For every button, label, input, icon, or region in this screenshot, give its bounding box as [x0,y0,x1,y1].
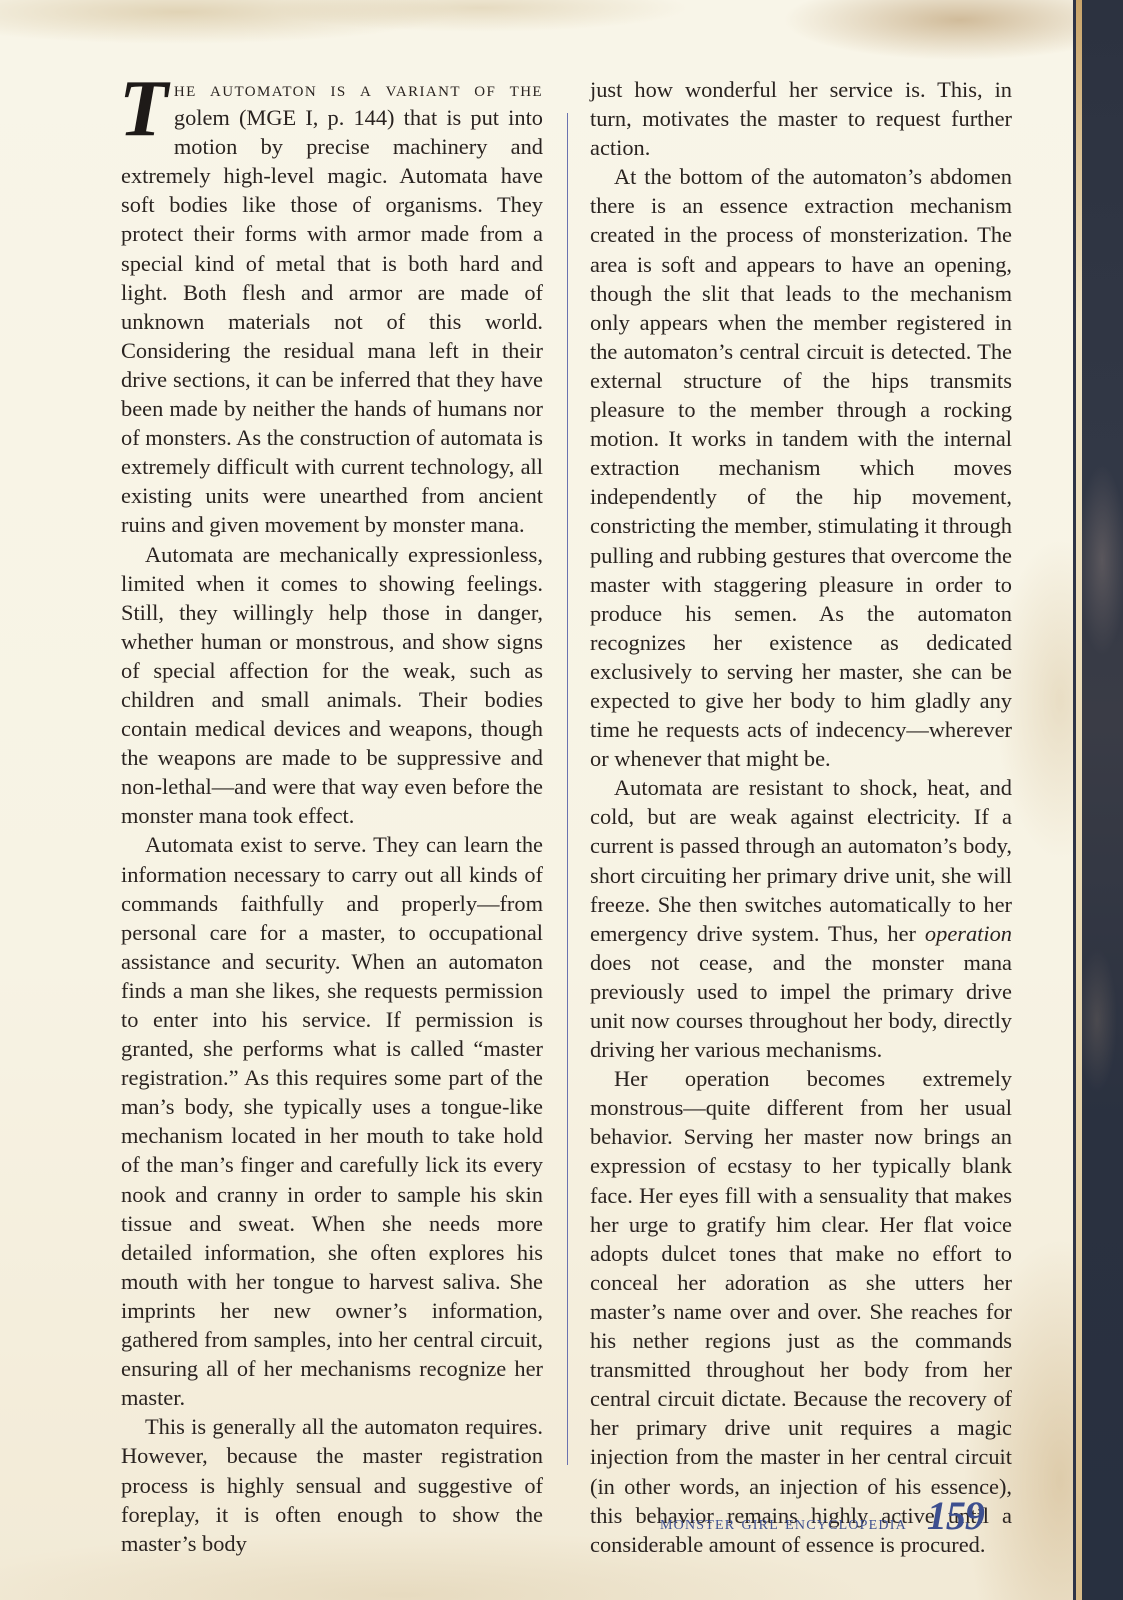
opening-smallcaps: he automaton is a variant of the [174,76,543,101]
paragraph-6-italic: operation [925,921,1012,946]
paragraph-6: Automata are resistant to shock, heat, a… [590,773,1012,1064]
right-column: just how wonderful her service is. This,… [590,75,1012,1559]
page-footer: Monster Girl Encyclopedia 159 [660,1492,984,1542]
paragraph-6-text-b: does not cease, and the monster mana pre… [590,950,1012,1062]
paragraph-3: Automata exist to serve. They can learn … [121,830,543,1412]
paragraph-continued: just how wonderful her service is. This,… [590,75,1012,162]
paragraph-2: Automata are mechanically expressionless… [121,540,543,831]
paragraph-7: Her operation becomes extremely monstrou… [590,1064,1012,1559]
drop-cap: T [119,78,168,140]
paragraph-4: This is generally all the automaton requ… [121,1412,543,1557]
left-column: The automaton is a variant of the golem … [121,74,543,1558]
paragraph-5: At the bottom of the automaton’s abdomen… [590,162,1012,773]
footer-book-title: Monster Girl Encyclopedia [660,1512,907,1535]
page-number: 159 [927,1492,984,1539]
page-edge-band [1082,0,1123,1600]
paragraph-1: The automaton is a variant of the golem … [121,74,543,540]
page-edge-rule [1073,0,1076,1600]
paragraph-1-text: golem (MGE I, p. 144) that is put into m… [121,105,543,537]
column-divider [567,113,568,1465]
